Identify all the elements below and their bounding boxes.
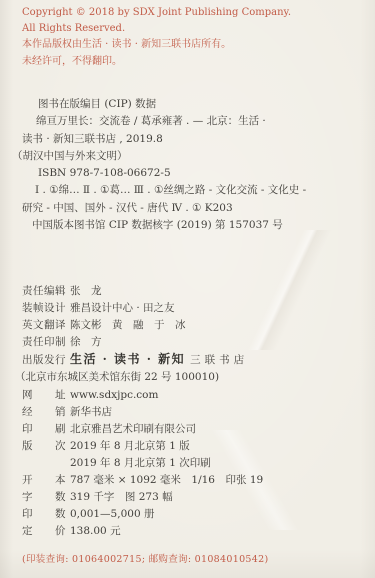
cip-heading: 图书在版编目 (CIP) 数据 [38,96,306,113]
publication-label: 经 销 [22,404,70,421]
credit-row-print-supervisor: 责任印制徐 方 [22,334,263,351]
publication-value: 2019 年 8 月北京第 1 版 [70,440,190,452]
credit-row-editor: 责任编辑张 龙 [22,283,263,300]
cip-classification-line-1: Ⅰ . ①绵… Ⅱ . ①葛… Ⅲ . ①丝绸之路 - 文化交流 - 文化史 - [35,182,306,199]
credit-label: 责任印制 [22,334,70,351]
publication-row-distributor: 经 销新华书店 [22,404,263,421]
no-reprint-line: 未经许可，不得翻印。 [22,54,291,70]
publication-row-printing: 2019 年 8 月北京第 1 次印刷 [22,455,263,472]
credit-label: 装帧设计 [22,300,70,317]
publication-label: 印 刷 [22,421,70,438]
cip-record-number-line: 中国版本图书馆 CIP 数据核字 (2019) 第 157037 号 [32,217,306,234]
credit-value: 张 龙 [70,285,102,297]
publication-value: 319 千字 图 273 幅 [70,491,173,503]
colophon-page: Copyright © 2018 by SDX Joint Publishing… [0,0,375,578]
publication-row-website: 网 址www.sdxjpc.com [22,387,263,404]
credit-value: 徐 方 [70,336,102,348]
credit-label: 责任编辑 [22,283,70,300]
cip-data-block: 图书在版编目 (CIP) 数据 绵亘万里长：交流卷 / 葛承雍著 . — 北京：… [22,96,306,234]
copyright-line-chinese: 本作品版权由生活 · 读书 · 新知三联书店所有。 [22,37,291,53]
credit-value: 陈文彬 黄 融 于 冰 [70,319,186,331]
query-phone-line: (印装查询: 01064002715; 邮购查询: 01084010542) [22,551,268,565]
cip-title-line-2: 读书 · 新知三联书店 , 2019.8 [22,131,306,148]
copyright-line-english: Copyright © 2018 by SDX Joint Publishing… [22,5,291,21]
publication-label: 字 数 [22,489,70,506]
publisher-logotype: 生活 · 读书 · 新知 [70,352,185,366]
publication-label: 定 价 [22,523,70,540]
publisher-name: 三联书店 [190,354,248,366]
credit-row-translation: 英文翻译陈文彬 黄 融 于 冰 [22,317,263,334]
publisher-address: （北京市东城区美术馆东街 22 号 100010) [15,369,263,386]
credit-row-design: 装帧设计雅昌设计中心 · 田之友 [22,300,263,317]
publication-value: 787 毫米 × 1092 毫米 1/16 印张 19 [70,474,263,486]
credit-label: 英文翻译 [22,317,70,334]
publication-value: 2019 年 8 月北京第 1 次印刷 [70,457,211,469]
publication-value: 北京雅昌艺术印刷有限公司 [70,423,196,435]
publisher-row: 出版发行生活 · 读书 · 新知三联书店 [22,351,263,369]
publication-label: 印 数 [22,506,70,523]
publication-label: 版 次 [22,438,70,455]
cip-isbn: ISBN 978-7-108-06672-5 [38,165,306,182]
copyright-notice: Copyright © 2018 by SDX Joint Publishing… [22,5,291,70]
publication-row-edition: 版 次2019 年 8 月北京第 1 版 [22,438,263,455]
publication-value: 新华书店 [70,406,112,418]
credit-value: 雅昌设计中心 · 田之友 [70,302,175,314]
publication-value: 138.00 元 [70,525,121,537]
publication-label: 开 本 [22,472,70,489]
publication-value: 0,001—5,000 册 [70,508,154,520]
website-url: www.sdxjpc.com [70,389,158,401]
publication-label: 网 址 [22,387,70,404]
cip-title-line-1: 绵亘万里长：交流卷 / 葛承雍著 . — 北京：生活 · [36,113,306,130]
cip-classification-line-2: 研究 - 中国、国外 - 汉代 - 唐代 Ⅳ . ① K203 [22,200,306,217]
rights-reserved-line: All Rights Reserved. [22,21,291,37]
publication-row-printrun: 印 数0,001—5,000 册 [22,506,263,523]
credits-block: 责任编辑张 龙 装帧设计雅昌设计中心 · 田之友 英文翻译陈文彬 黄 融 于 冰… [22,283,263,540]
cip-series-line: （胡汉中国与外来文明） [12,148,306,165]
publication-row-format: 开 本787 毫米 × 1092 毫米 1/16 印张 19 [22,472,263,489]
publication-row-printer: 印 刷北京雅昌艺术印刷有限公司 [22,421,263,438]
publication-row-price: 定 价138.00 元 [22,523,263,540]
publication-row-wordcount: 字 数319 千字 图 273 幅 [22,489,263,506]
publisher-label: 出版发行 [22,352,70,369]
